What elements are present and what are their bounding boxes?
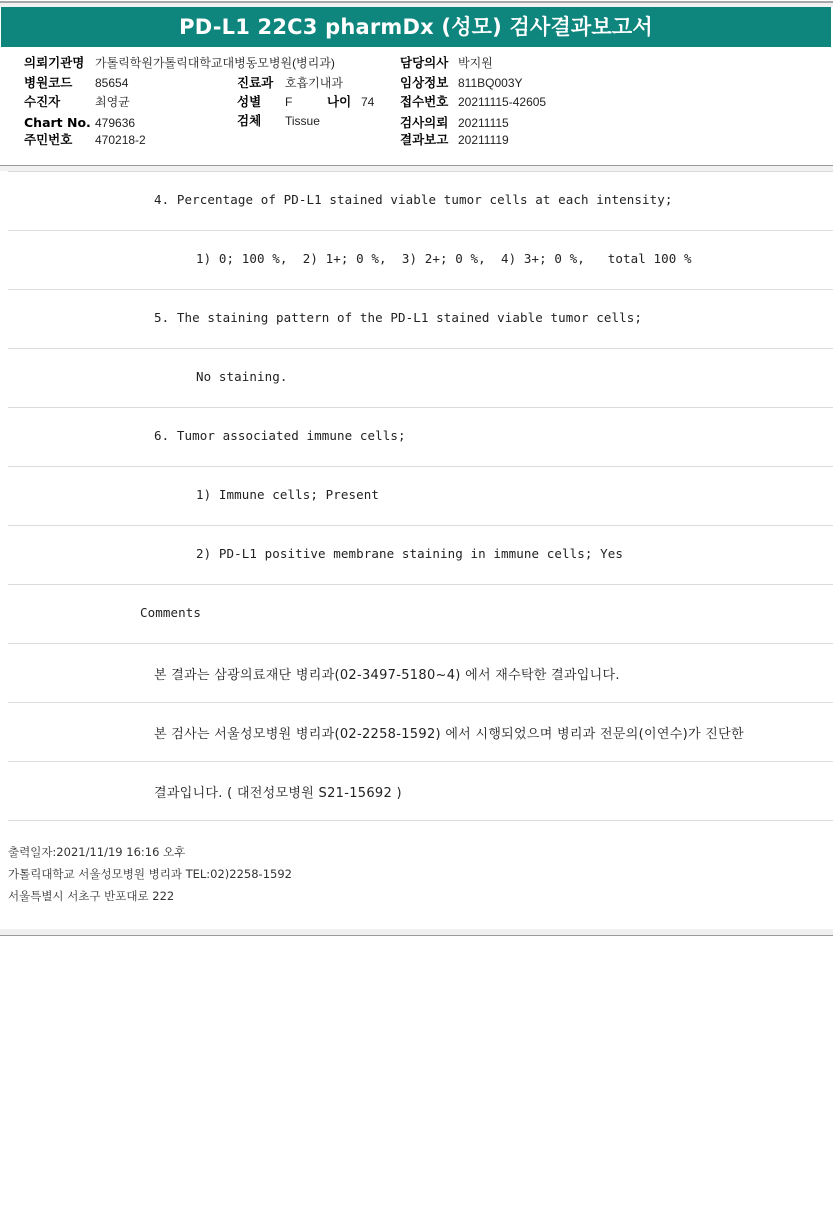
section-heading: 5. The staining pattern of the PD-L1 sta…: [154, 310, 642, 325]
report-row: 1) 0; 100 %, 2) 1+; 0 %, 3) 2+; 0 %, 4) …: [8, 231, 833, 290]
report-row: 6. Tumor associated immune cells;: [8, 408, 833, 467]
info-label: 접수번호: [400, 94, 448, 109]
report-row: 결과입니다. ( 대전성모병원 S21-15692 ): [8, 762, 833, 821]
report-row: No staining.: [8, 349, 833, 408]
info-value: 20211115-42605: [458, 95, 546, 109]
info-value: 박지원: [458, 56, 493, 70]
info-value: 가톨릭학원가톨릭대학교대병동모병원(병리과): [95, 56, 335, 70]
info-patient-name: 수진자: [24, 95, 60, 109]
bottom-border: [0, 935, 833, 936]
info-value: 호흡기내과: [285, 76, 343, 90]
info-hospital-code: 병원코드: [24, 76, 72, 90]
info-value: 20211119: [458, 133, 509, 147]
report-row: Comments: [8, 585, 833, 644]
info-label: Chart No.: [24, 115, 91, 130]
section-heading: 4. Percentage of PD-L1 stained viable tu…: [154, 192, 673, 207]
info-label: 담당의사: [400, 55, 448, 70]
report-row: 4. Percentage of PD-L1 stained viable tu…: [8, 172, 833, 231]
info-label: 임상정보: [400, 75, 448, 90]
info-label: 결과보고: [400, 132, 448, 147]
info-value: 470218-2: [95, 133, 146, 147]
footer-department: 가톨릭대학교 서울성모병원 병리과 TEL:02)2258-1592: [8, 866, 292, 882]
info-sex: 성별: [237, 95, 261, 109]
info-value: Tissue: [285, 114, 320, 128]
info-chart-no: Chart No.: [24, 116, 91, 130]
info-clinical-info: 임상정보: [400, 76, 448, 90]
info-physician: 담당의사: [400, 56, 448, 70]
info-value: 479636: [95, 116, 135, 130]
membrane-staining-value: 2) PD-L1 positive membrane staining in i…: [196, 546, 623, 561]
info-institution: 의뢰기관명: [24, 56, 84, 70]
comment-line: 본 검사는 서울성모병원 병리과(02-2258-1592) 에서 시행되었으며…: [154, 723, 744, 742]
report-row: 5. The staining pattern of the PD-L1 sta…: [8, 290, 833, 349]
info-value: 20211115: [458, 116, 509, 130]
report-row: 2) PD-L1 positive membrane staining in i…: [8, 526, 833, 585]
info-value: F: [285, 95, 292, 109]
info-report-date: 결과보고: [400, 133, 448, 147]
info-value: 85654: [95, 76, 128, 90]
comments-heading: Comments: [140, 605, 201, 620]
info-label: 수진자: [24, 94, 60, 109]
footer-address: 서울특별시 서초구 반포대로 222: [8, 888, 174, 904]
info-label: 나이: [327, 94, 351, 109]
staining-pattern-value: No staining.: [196, 369, 288, 384]
info-specimen: 검체: [237, 114, 261, 128]
report-title: PD-L1 22C3 pharmDx (성모) 검사결과보고서: [1, 7, 831, 47]
section-heading: 6. Tumor associated immune cells;: [154, 428, 406, 443]
info-age: 나이: [327, 95, 351, 109]
info-label: 주민번호: [24, 132, 72, 147]
immune-cells-value: 1) Immune cells; Present: [196, 487, 379, 502]
comment-line: 본 결과는 삼광의료재단 병리과(02-3497-5180~4) 에서 재수탁한…: [154, 664, 620, 683]
info-request-date: 검사의뢰: [400, 116, 448, 130]
info-resident-no: 주민번호: [24, 133, 72, 147]
info-value: 811BQ003Y: [458, 76, 523, 90]
info-label: 병원코드: [24, 75, 72, 90]
info-label: 검체: [237, 113, 261, 128]
info-label: 성별: [237, 94, 261, 109]
report-row: 본 검사는 서울성모병원 병리과(02-2258-1592) 에서 시행되었으며…: [8, 703, 833, 762]
print-date: 출력일자:2021/11/19 16:16 오후: [8, 844, 185, 860]
info-department: 진료과: [237, 76, 273, 90]
report-row: 본 결과는 삼광의료재단 병리과(02-3497-5180~4) 에서 재수탁한…: [8, 644, 833, 703]
info-label: 의뢰기관명: [24, 55, 84, 70]
intensity-values: 1) 0; 100 %, 2) 1+; 0 %, 3) 2+; 0 %, 4) …: [196, 251, 692, 266]
info-label: 진료과: [237, 75, 273, 90]
report-row: 1) Immune cells; Present: [8, 467, 833, 526]
comment-line: 결과입니다. ( 대전성모병원 S21-15692 ): [154, 782, 402, 801]
info-value: 74: [361, 95, 374, 109]
info-accession-no: 접수번호: [400, 95, 448, 109]
info-value: 최영균: [95, 95, 130, 109]
info-label: 검사의뢰: [400, 115, 448, 130]
